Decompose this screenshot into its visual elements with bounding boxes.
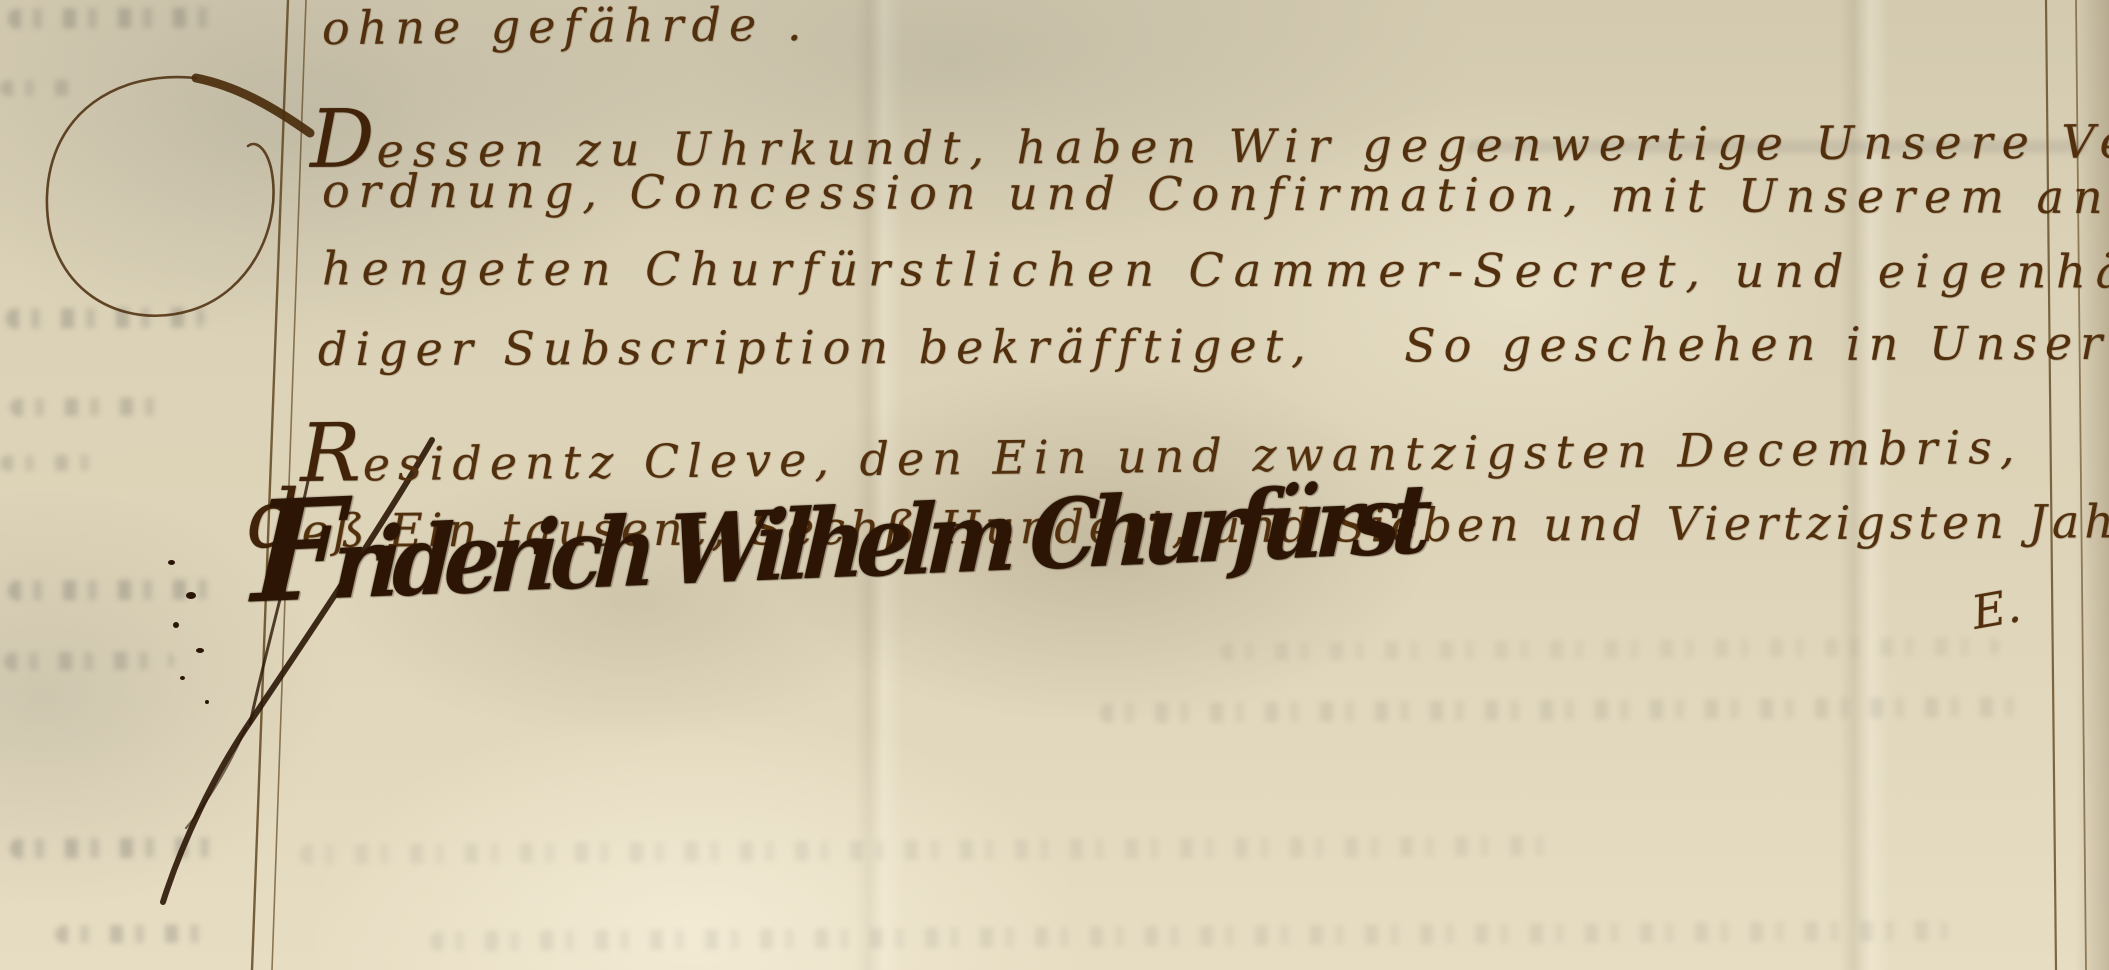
signature-flourish-stroke [186, 728, 246, 828]
bleed-through-mark [4, 651, 174, 670]
ink-spot [196, 648, 204, 653]
ink-spot [173, 622, 179, 628]
bleed-through-mark [300, 836, 1560, 865]
bleed-through-mark [55, 924, 215, 943]
bleed-through-mark [8, 7, 220, 28]
bleed-through-mark [10, 837, 215, 858]
margin-loop-flourish [196, 78, 310, 133]
manuscript-line-4: hengeten Churfürstlichen Cammer-Secret, … [322, 242, 2109, 298]
bleed-through-mark [1220, 637, 2000, 660]
manuscript-line-5: diger Subscription bekräfftiget, So gesc… [318, 317, 2109, 376]
manuscript-line-1: ohne gefährde . [322, 0, 810, 55]
etc-mark: E. [1968, 578, 2025, 640]
bleed-through-mark [0, 455, 95, 472]
bleed-through-mark [430, 921, 1950, 952]
bleed-through-mark [0, 80, 80, 97]
ink-spot [180, 676, 185, 680]
ink-spot [205, 700, 209, 704]
manuscript-page: ohne gefährde . Dessen zu Uhrkundt, habe… [0, 0, 2109, 970]
manuscript-line-3: ordnung, Concession und Confirmation, mi… [322, 165, 2109, 224]
ink-spot [186, 592, 196, 599]
bleed-through-mark [6, 307, 206, 328]
bleed-through-mark [1100, 697, 2020, 723]
ink-spot [168, 560, 175, 565]
bleed-through-mark [10, 397, 170, 416]
margin-loop-flourish [47, 77, 274, 316]
